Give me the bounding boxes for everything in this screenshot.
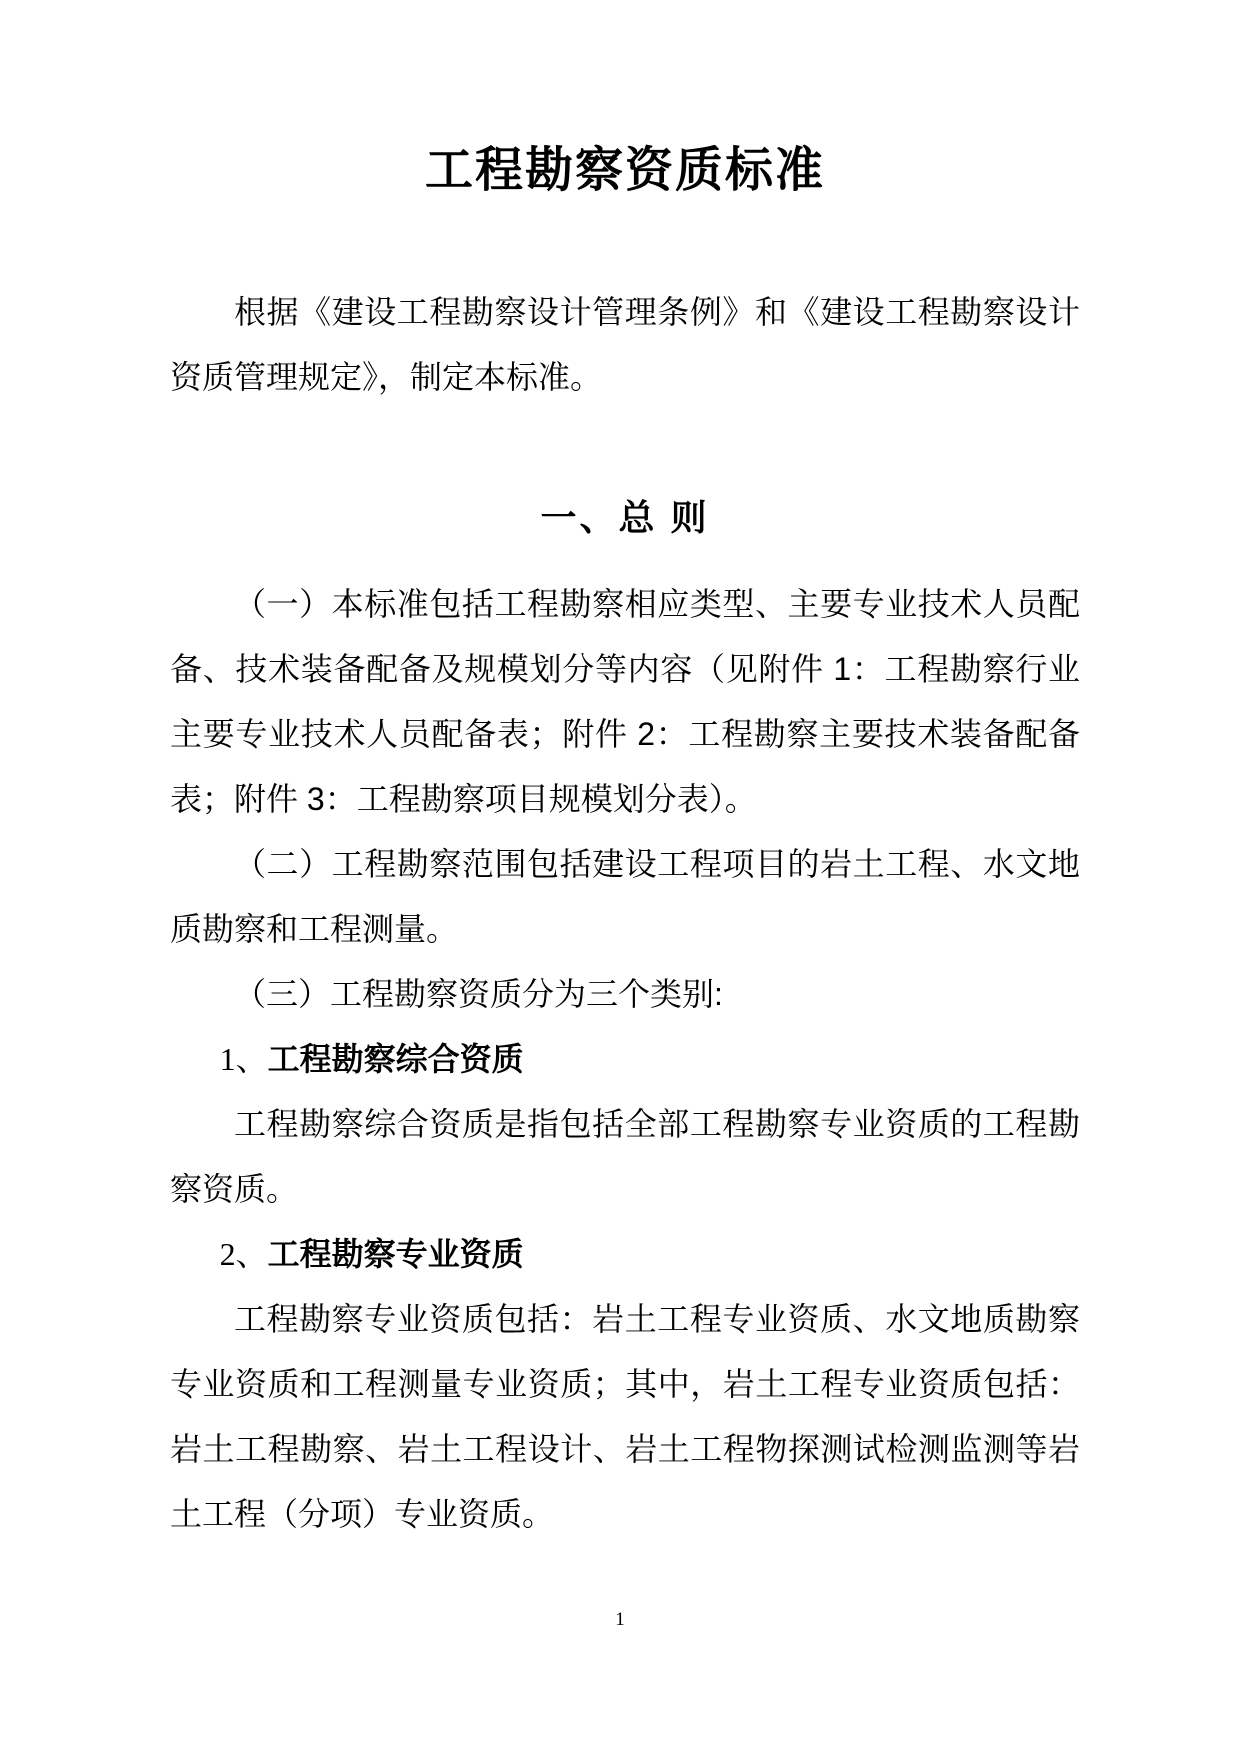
intro-block: 根据《建设工程勘察设计管理条例》和《建设工程勘察设计资质管理规定》，制定本标准。 — [170, 280, 1080, 410]
page-number: 1 — [615, 1609, 625, 1630]
category-2-number: 2、 — [220, 1236, 268, 1272]
category-2-name: 工程勘察专业资质 — [268, 1236, 524, 1272]
document-title: 工程勘察资质标准 — [170, 140, 1080, 202]
intro-paragraph: 根据《建设工程勘察设计管理条例》和《建设工程勘察设计资质管理规定》，制定本标准。 — [170, 280, 1080, 410]
category-1-name: 工程勘察综合资质 — [268, 1041, 524, 1077]
document-page: 工程勘察资质标准 根据《建设工程勘察设计管理条例》和《建设工程勘察设计资质管理规… — [0, 0, 1240, 1754]
clause-1-paragraph: （一）本标准包括工程勘察相应类型、主要专业技术人员配备、技术装备配备及规模划分等… — [170, 572, 1080, 832]
clause-3-paragraph: （三）工程勘察资质分为三个类别: — [170, 962, 1080, 1027]
category-1-number: 1、 — [220, 1041, 268, 1077]
category-2-heading: 2、工程勘察专业资质 — [170, 1222, 1080, 1287]
category-1-heading: 1、工程勘察综合资质 — [170, 1027, 1080, 1092]
category-2-description: 工程勘察专业资质包括：岩土工程专业资质、水文地质勘察专业资质和工程测量专业资质；… — [170, 1287, 1080, 1547]
clause-2-paragraph: （二）工程勘察范围包括建设工程项目的岩土工程、水文地质勘察和工程测量。 — [170, 832, 1080, 962]
section-heading-general-provisions: 一、总 则 — [170, 492, 1080, 544]
category-1-description: 工程勘察综合资质是指包括全部工程勘察专业资质的工程勘察资质。 — [170, 1092, 1080, 1222]
page-footer: 1 — [0, 1608, 1240, 1632]
